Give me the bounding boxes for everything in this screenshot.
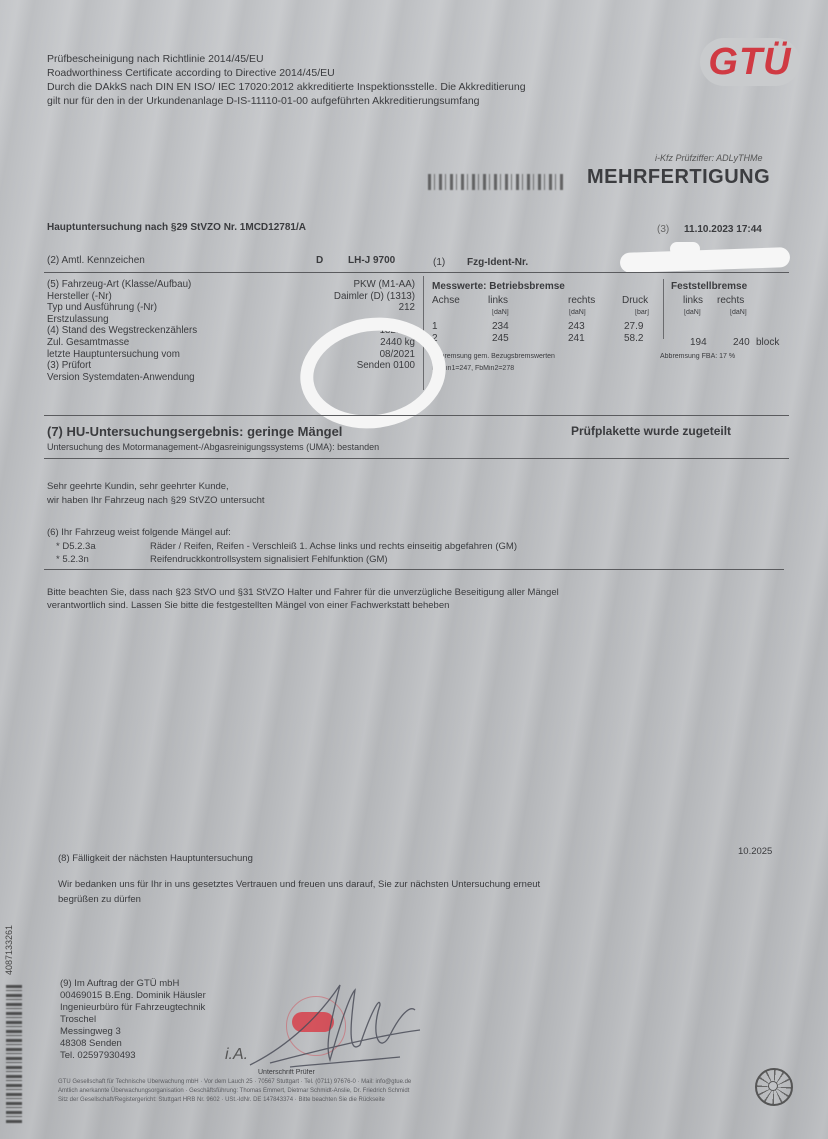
footer-line: Sitz der Gesellschaft/Registergericht: S… <box>58 1096 411 1105</box>
unit: [daN] <box>684 308 701 317</box>
certificate-page: Prüfbescheinigung nach Richtlinie 2014/4… <box>0 0 828 1139</box>
vehicle-value: Daimler (D) (1313) <box>334 291 415 303</box>
gtu-logo: GTÜ <box>700 38 800 86</box>
sticker-status: Prüfplakette wurde zugeteilt <box>571 424 731 439</box>
vin-label: (1) <box>433 256 445 269</box>
vehicle-label: letzte Hauptuntersuchung vom <box>47 349 180 361</box>
issuer-block: (9) Im Auftrag der GTÜ mbH00469015 B.Eng… <box>60 978 206 1062</box>
plate-number: LH-J 9700 <box>348 254 395 267</box>
parking-brake-title: Feststellbremse <box>671 280 747 293</box>
unit: [daN] <box>569 308 586 317</box>
vehicle-value: PKW (M1-AA) <box>353 279 415 291</box>
vehicle-value: 212 <box>399 302 415 314</box>
divider <box>663 279 664 339</box>
defects-title: (6) Ihr Fahrzeug weist folgende Mängel a… <box>47 526 231 539</box>
vehicle-label: (4) Stand des Wegstreckenzählers <box>47 325 197 337</box>
brake-note: Abbremsung gem. Bezugsbremswerten <box>432 352 555 361</box>
vehicle-label: Zul. Gesamtmasse <box>47 337 129 349</box>
vehicle-row: Typ und Ausführung (-Nr)212 <box>47 302 415 314</box>
brake-note: Abbremsung FBA: 17 % <box>660 352 735 361</box>
notice: verantwortlich sind. Lassen Sie bitte di… <box>47 599 449 612</box>
footer-line: Amtlich anerkannte Überwachungsorganisat… <box>58 1087 411 1096</box>
uma-result: Untersuchung des Motormanagement-/Abgasr… <box>47 441 379 454</box>
service-brake-title: Messwerte: Betriebsbremse <box>432 280 565 293</box>
vehicle-label: Version Systemdaten-Anwendung <box>47 372 195 384</box>
vehicle-label: Typ und Ausführung (-Nr) <box>47 302 157 314</box>
col-park-left: links <box>683 294 703 307</box>
footer-line: GTÜ Gesellschaft für Technische Überwach… <box>58 1078 411 1087</box>
vin-title: Fzg-Ident-Nr. <box>467 256 528 269</box>
inspection-date: 11.10.2023 17:44 <box>684 223 762 236</box>
wheel-logo-icon <box>755 1068 793 1106</box>
park-note: block <box>756 336 779 349</box>
barcode <box>428 174 563 190</box>
defect-code: * 5.2.3n <box>56 553 89 566</box>
defect-text: Reifendruckkontrollsystem signalisiert F… <box>150 553 388 566</box>
header-line: gilt nur für den in der Urkundenanlage D… <box>47 94 526 108</box>
unit: [daN] <box>492 308 509 317</box>
kfz-code: i-Kfz Prüfziffer: ADLyTHMe <box>655 152 763 165</box>
vin-redaction <box>670 242 700 256</box>
issuer-line: Ingenieurbüro für Fahrzeugtechnik <box>60 1002 206 1014</box>
defect-text: Räder / Reifen, Reifen - Verschleiß 1. A… <box>150 540 517 553</box>
notice: Bitte beachten Sie, dass nach §23 StVO u… <box>47 586 559 599</box>
header-line: Durch die DAkkS nach DIN EN ISO/ IEC 170… <box>47 80 526 94</box>
signature-scribble <box>230 975 430 1075</box>
issuer-line: Tel. 02597930493 <box>60 1050 206 1062</box>
issuer-line: Troschel <box>60 1014 206 1026</box>
divider <box>44 272 789 273</box>
vehicle-row: (5) Fahrzeug-Art (Klasse/Aufbau)PKW (M1-… <box>47 279 415 291</box>
vin-redaction <box>620 247 791 273</box>
greeting: Sehr geehrte Kundin, sehr geehrter Kunde… <box>47 480 229 493</box>
issuer-line: Messingweg 3 <box>60 1026 206 1038</box>
plate-country: D <box>316 254 323 267</box>
brake-right: 241 <box>568 332 585 345</box>
intro: wir haben Ihr Fahrzeug nach §29 StVZO un… <box>47 494 265 507</box>
brake-pressure: 58.2 <box>624 332 643 345</box>
col-left: links <box>488 294 508 307</box>
inspection-title: Hauptuntersuchung nach §29 StVZO Nr. 1MC… <box>47 221 306 234</box>
side-number: 4087133261 <box>4 895 24 975</box>
result-title: (7) HU-Untersuchungsergebnis: geringe Mä… <box>47 424 342 439</box>
footer: GTÜ Gesellschaft für Technische Überwach… <box>58 1078 411 1105</box>
unit: [daN] <box>730 308 747 317</box>
header-text: Prüfbescheinigung nach Richtlinie 2014/4… <box>47 52 526 108</box>
park-left-value: 194 <box>690 336 707 349</box>
vehicle-label: Erstzulassung <box>47 314 109 326</box>
thanks: Wir bedanken uns für Ihr in uns gesetzte… <box>58 878 540 891</box>
next-inspection-label: (8) Fälligkeit der nächsten Hauptuntersu… <box>58 852 253 865</box>
vehicle-label: Hersteller (-Nr) <box>47 291 112 303</box>
col-right: rechts <box>568 294 595 307</box>
divider <box>44 415 789 416</box>
plate-label: (2) Amtl. Kennzeichen <box>47 254 145 267</box>
date-label: (3) <box>657 223 669 236</box>
thanks: begrüßen zu dürfen <box>58 893 141 906</box>
next-inspection-date: 10.2025 <box>738 845 772 858</box>
unit: [bar] <box>635 308 649 317</box>
signature-caption: Unterschrift Prüfer <box>258 1068 315 1077</box>
copy-type: MEHRFERTIGUNG <box>587 171 770 184</box>
col-pressure: Druck <box>622 294 648 307</box>
divider <box>44 458 789 459</box>
vehicle-row: Hersteller (-Nr)Daimler (D) (1313) <box>47 291 415 303</box>
vehicle-label: (3) Prüfort <box>47 360 91 372</box>
side-barcode <box>6 985 22 1125</box>
issuer-line: 48308 Senden <box>60 1038 206 1050</box>
header-line: Roadworthiness Certificate according to … <box>47 66 526 80</box>
issuer-line: (9) Im Auftrag der GTÜ mbH <box>60 978 206 990</box>
issuer-line: 00469015 B.Eng. Dominik Häusler <box>60 990 206 1002</box>
header-line: Prüfbescheinigung nach Richtlinie 2014/4… <box>47 52 526 66</box>
col-park-right: rechts <box>717 294 744 307</box>
park-right-value: 240 <box>733 336 750 349</box>
divider <box>44 569 784 570</box>
brake-left: 245 <box>492 332 509 345</box>
vehicle-label: (5) Fahrzeug-Art (Klasse/Aufbau) <box>47 279 191 291</box>
col-axle: Achse <box>432 294 460 307</box>
defect-code: * D5.2.3a <box>56 540 96 553</box>
